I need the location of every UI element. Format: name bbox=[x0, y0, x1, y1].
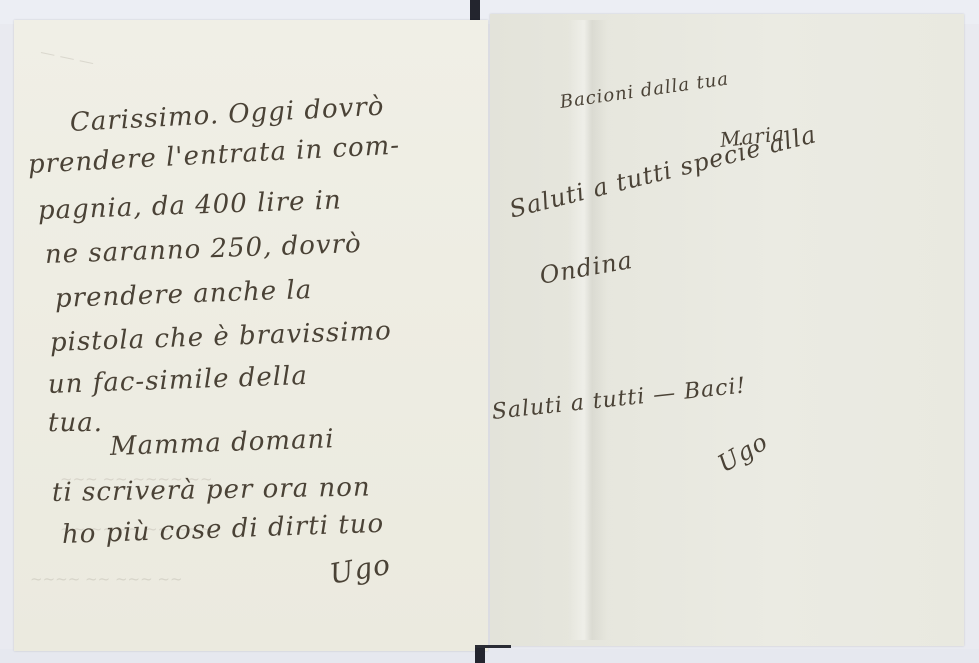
letter-line: tua. bbox=[48, 408, 103, 438]
paper-fold-crease bbox=[568, 20, 608, 640]
letter-line: ti scriverà per ora non bbox=[52, 472, 371, 508]
binder-edge-bottom-lip bbox=[475, 645, 511, 648]
photo-scene: — — — ~~~ ~~ ~~~~ ~~ ~~ ~~~~ ~~ ~~~ ~~~~… bbox=[0, 0, 979, 663]
background-bottom bbox=[0, 649, 979, 663]
bleed-through-text: ~~~~ ~~ ~~~ ~~ bbox=[30, 570, 183, 588]
